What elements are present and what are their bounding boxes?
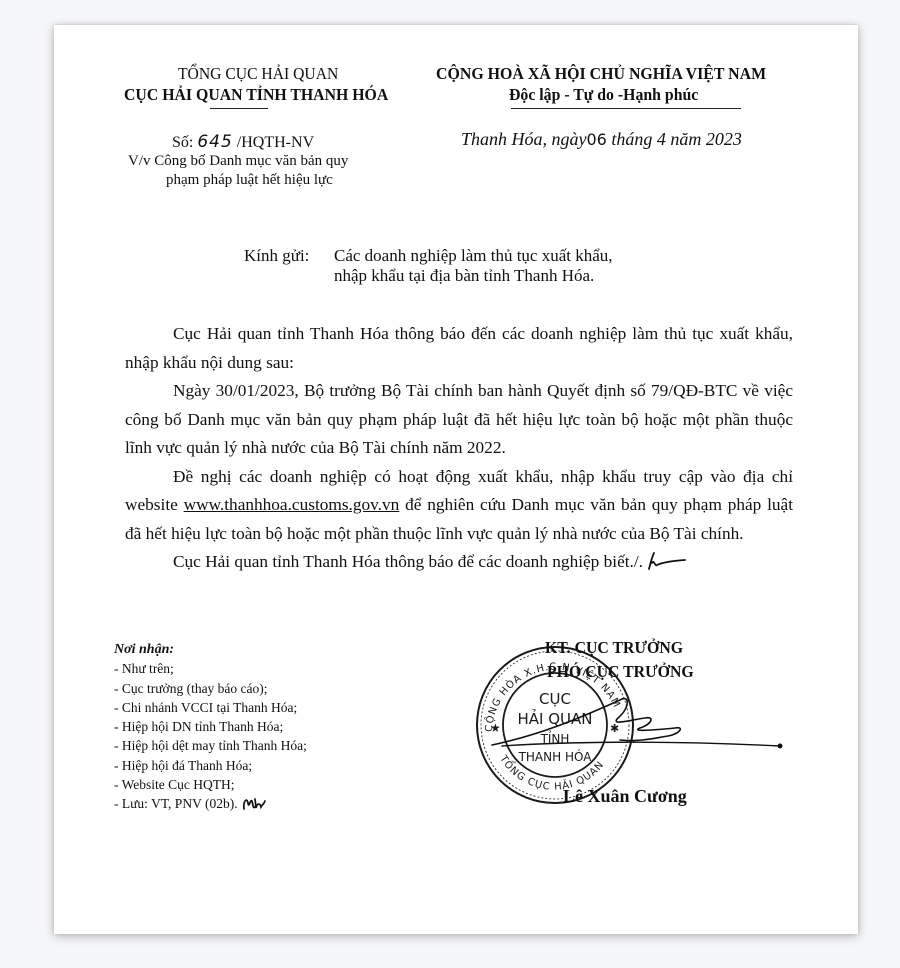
recipient-item: - Hiệp hội dệt may tỉnh Thanh Hóa; [114,736,307,755]
initial-mark-icon [241,795,267,811]
body-paragraph-2: Ngày 30/01/2023, Bộ trưởng Bộ Tài chính … [125,377,793,463]
letter-body: Cục Hải quan tỉnh Thanh Hóa thông báo đế… [125,320,793,577]
document-number-handwritten: 645 [197,132,232,152]
recipients-title: Nơi nhận: [114,640,307,659]
parent-organization: TỔNG CỤC HẢI QUAN [178,64,338,84]
addressee-line-1: Các doanh nghiệp làm thủ tục xuất khẩu, [334,246,613,266]
body-paragraph-3: Đề nghị các doanh nghiệp có hoạt động xu… [125,463,793,549]
date-line: Thanh Hóa, ngày06 tháng 4 năm 2023 [461,129,742,150]
signature-title-2: PHÓ CỤC TRƯỞNG [547,662,694,682]
addressee-label: Kính gửi: [244,246,309,266]
body-paragraph-4: Cục Hải quan tỉnh Thanh Hóa thông báo để… [125,548,793,577]
document-number: Số: 645 /HQTH-NV [172,132,314,152]
recipient-item: - Cục trưởng (thay báo cáo); [114,679,307,698]
recipient-item: - Như trên; [114,659,307,678]
signature-title-1: KT. CỤC TRƯỞNG [545,638,683,658]
signer-name: Lê Xuân Cương [563,786,687,807]
initial-signature-icon [643,551,687,571]
body-paragraph-1: Cục Hải quan tỉnh Thanh Hóa thông báo đế… [125,320,793,377]
date-rest: tháng 4 năm 2023 [611,129,742,149]
document-number-suffix: /HQTH-NV [237,134,314,151]
issuing-organization: CỤC HẢI QUAN TỈNH THANH HÓA [124,85,388,105]
recipient-item: - Hiệp hội đá Thanh Hóa; [114,756,307,775]
document-number-prefix: Số: [172,134,193,151]
handwritten-signature-icon [480,690,800,770]
recipient-item-text: - Lưu: VT, PNV (02b). [114,796,238,811]
recipients-list: Nơi nhận: - Như trên; - Cục trưởng (thay… [114,640,307,814]
subject-line-1: V/v Công bố Danh mục văn bản quy [128,153,348,170]
body-paragraph-4-text: Cục Hải quan tỉnh Thanh Hóa thông báo để… [173,552,643,571]
national-title: CỘNG HOÀ XÃ HỘI CHỦ NGHĨA VIỆT NAM [436,64,766,84]
recipient-item: - Chi nhánh VCCI tại Thanh Hóa; [114,698,307,717]
recipient-item: - Website Cục HQTH; [114,775,307,794]
national-motto: Độc lập - Tự do -Hạnh phúc [509,85,698,105]
date-place: Thanh Hóa, ngày [461,129,587,149]
header-right-underline [511,108,741,109]
recipient-item-archive: - Lưu: VT, PNV (02b). [114,794,307,813]
subject-line-2: phạm pháp luật hết hiệu lực [166,172,333,189]
website-link[interactable]: www.thanhhoa.customs.gov.vn [184,495,400,514]
date-day-handwritten: 06 [587,130,607,149]
recipient-item: - Hiệp hội DN tỉnh Thanh Hóa; [114,717,307,736]
addressee-line-2: nhập khẩu tại địa bàn tỉnh Thanh Hóa. [334,266,594,286]
header-left-underline [210,108,268,109]
